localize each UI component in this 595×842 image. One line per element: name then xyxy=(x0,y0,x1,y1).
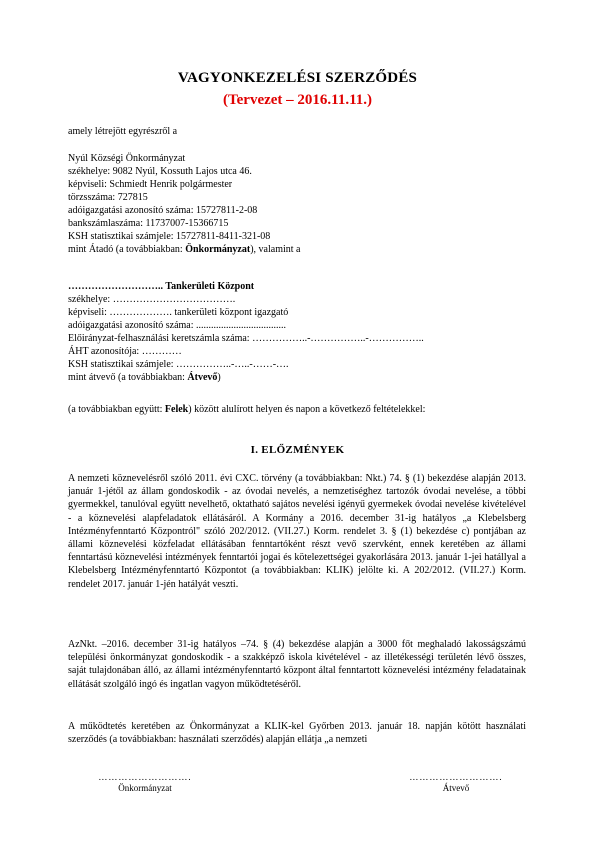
party1-tax: adóigazgatási azonosító száma: 15727811-… xyxy=(68,205,257,217)
party1-role-suffix: ), valamint a xyxy=(250,244,300,255)
party2-aht: ÁHT azonosítója: ………… xyxy=(68,346,182,358)
party1-role: mint Átadó (a továbbiakban: Önkormányzat… xyxy=(68,244,300,256)
paragraph-2: AzNkt. –2016. december 31-ig hatályos –7… xyxy=(68,638,526,691)
signature-label: Átvevő xyxy=(386,783,526,794)
document-page: VAGYONKEZELÉSI SZERZŐDÉS (Tervezet – 201… xyxy=(0,0,595,842)
party2-rep: képviseli: ………………. tankerületi központ i… xyxy=(68,307,288,319)
document-title: VAGYONKEZELÉSI SZERZŐDÉS xyxy=(0,70,595,87)
party2-seat: székhelye: ………………………………. xyxy=(68,294,235,306)
party1-reg: törzsszáma: 727815 xyxy=(68,192,148,204)
signature-block-onkormanyzat: ………………………. Önkormányzat xyxy=(75,772,215,794)
signature-block-atvevo: ………………………. Átvevő xyxy=(386,772,526,794)
party2-role-prefix: mint átvevő (a továbbiakban: xyxy=(68,372,187,383)
signature-label: Önkormányzat xyxy=(75,783,215,794)
party1-role-prefix: mint Átadó (a továbbiakban: xyxy=(68,244,185,255)
party1-rep: képviseli: Schmiedt Henrik polgármester xyxy=(68,179,232,191)
intro-line: amely létrejött egyrészről a xyxy=(68,126,177,138)
party1-seat: székhelye: 9082 Nyúl, Kossuth Lajos utca… xyxy=(68,166,252,178)
parties-line: (a továbbiakban együtt: Felek) között al… xyxy=(68,404,425,416)
parties-suffix: ) között alulírott helyen és napon a köv… xyxy=(188,404,425,415)
paragraph-1: A nemzeti köznevelésről szóló 2011. évi … xyxy=(68,472,526,591)
party1-bank: bankszámlaszáma: 11737007-15366715 xyxy=(68,218,228,230)
section-heading: I. ELŐZMÉNYEK xyxy=(0,444,595,456)
parties-bold: Felek xyxy=(165,404,188,415)
party2-role-bold: Átvevő xyxy=(187,372,217,383)
party2-tax: adóigazgatási azonosító száma: .........… xyxy=(68,320,286,332)
party2-account: Előirányzat-felhasználási keretszámla sz… xyxy=(68,333,424,345)
party1-ksh: KSH statisztikai számjele: 15727811-8411… xyxy=(68,231,270,243)
parties-prefix: (a továbbiakban együtt: xyxy=(68,404,165,415)
party2-role-suffix: ) xyxy=(217,372,220,383)
paragraph-3: A működtetés keretében az Önkormányzat a… xyxy=(68,720,526,746)
signature-line: ………………………. xyxy=(386,772,526,783)
party1-role-bold: Önkormányzat xyxy=(185,244,250,255)
signature-line: ………………………. xyxy=(75,772,215,783)
party2-name: ……………………….. Tankerületi Központ xyxy=(68,281,254,293)
document-subtitle: (Tervezet – 2016.11.11.) xyxy=(0,92,595,109)
party2-role: mint átvevő (a továbbiakban: Átvevő) xyxy=(68,372,221,384)
party1-name: Nyúl Községi Önkormányzat xyxy=(68,153,185,165)
party2-ksh: KSH statisztikai számjele: ……………..-…..-…… xyxy=(68,359,289,371)
